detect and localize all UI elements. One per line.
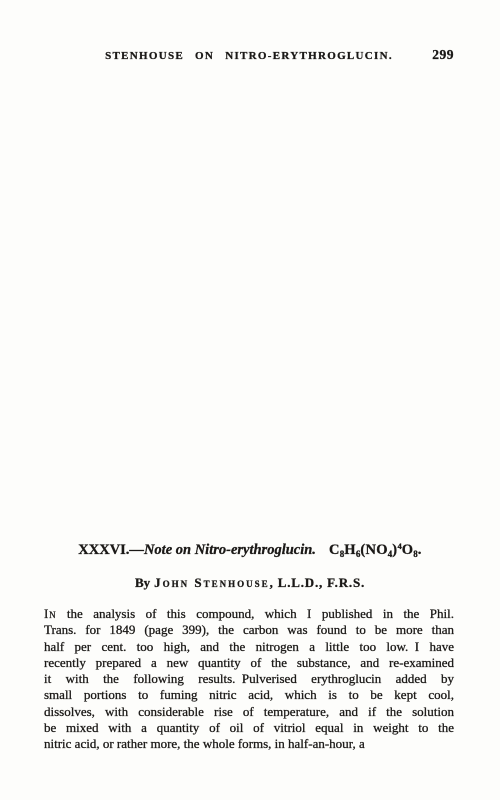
journal-page: STENHOUSE ON NITRO-ERYTHROGLUCIN. 299 XX… — [0, 0, 500, 800]
line-text: nitric acid, or rather more, the whole f… — [44, 736, 365, 751]
text-line: small portions to fuming nitric acid, wh… — [44, 687, 454, 703]
text-line: half per cent. too high, and the nitroge… — [44, 639, 454, 655]
text-line: nitric acid, or rather more, the whole f… — [44, 736, 454, 752]
formula-element: C — [329, 542, 340, 558]
text-line: recently prepared a new quantity of the … — [44, 655, 454, 671]
line-text: half per cent. too high, and the nitroge… — [44, 639, 454, 654]
page-number: 299 — [432, 47, 454, 63]
formula-element: O — [402, 542, 414, 558]
page-header: STENHOUSE ON NITRO-ERYTHROGLUCIN. 299 — [44, 50, 454, 68]
text-line: dissolves, with considerable rise of tem… — [44, 704, 454, 720]
byline: ByJohn Stenhouse, L.L.D., F.R.S. — [0, 575, 500, 591]
line-text: it with the following results. Pulverise… — [44, 671, 454, 686]
line-text: be mixed with a quantity of oil of vitri… — [44, 720, 454, 735]
text-line: it with the following results. Pulverise… — [44, 671, 454, 687]
author-credentials: , L.L.D., F.R.S. — [270, 575, 365, 590]
chemical-formula: C8H6(NO4)4O8. — [329, 542, 422, 558]
paragraph: In the analysis of this compound, which … — [44, 606, 454, 752]
line-text: the analysis of this compound, which I p… — [67, 606, 454, 621]
article-title: XXXVI.—Note on Nitro-erythroglucin.C8H6(… — [0, 541, 500, 559]
text-line: be mixed with a quantity of oil of vitri… — [44, 720, 454, 736]
text-line: Trans. for 1849 (page 399), the carbon w… — [44, 622, 454, 638]
formula-period: . — [418, 542, 422, 558]
line-text: recently prepared a new quantity of the … — [44, 655, 454, 670]
article-name: Note on Nitro-erythroglucin. — [144, 542, 316, 558]
running-title: STENHOUSE ON NITRO-ERYTHROGLUCIN. — [44, 50, 454, 62]
byline-by: By — [135, 575, 150, 590]
article-number: XXXVI.— — [78, 542, 144, 558]
line-text: small portions to fuming nitric acid, wh… — [44, 687, 454, 702]
line-text: dissolves, with considerable rise of tem… — [44, 704, 454, 719]
line-text: Trans. for 1849 (page 399), the carbon w… — [44, 622, 454, 637]
lead-word: In — [44, 606, 56, 621]
text-line: In the analysis of this compound, which … — [44, 606, 454, 622]
formula-element: (NO — [360, 542, 387, 558]
formula-element: H — [344, 542, 356, 558]
author-name: John Stenhouse — [154, 575, 270, 590]
